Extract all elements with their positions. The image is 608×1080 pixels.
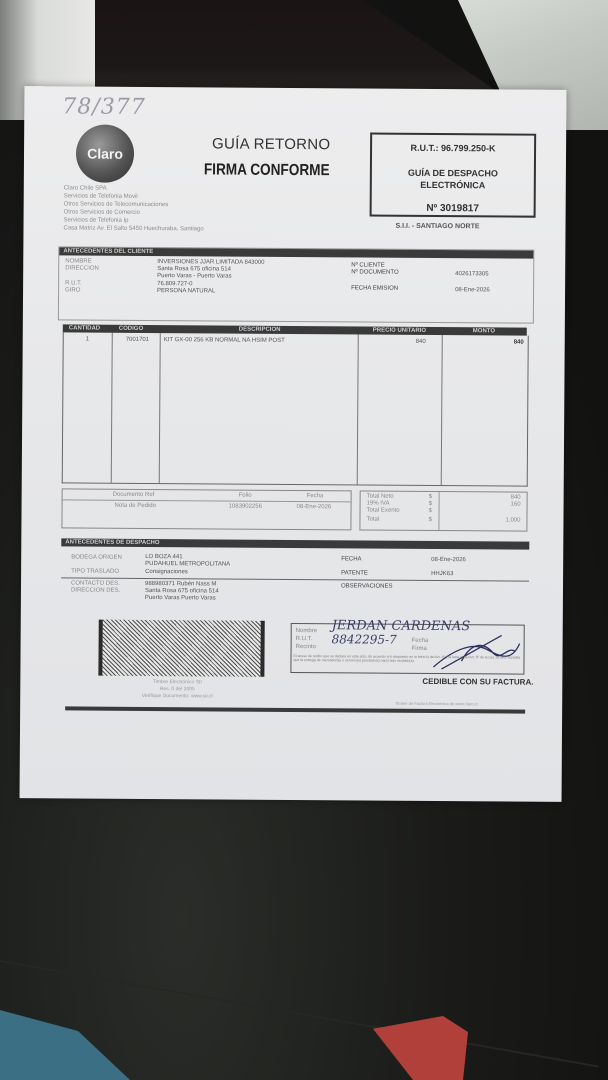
claro-logo-icon: Claro bbox=[76, 124, 134, 182]
total-row-total: Total $ 1.000 bbox=[361, 491, 527, 492]
reference-document-box: Documento Ref Folio Fecha Nota de Pedido… bbox=[61, 488, 351, 530]
dispatch-section: ANTECEDENTES DE DESPACHO BODEGA ORIGEN L… bbox=[61, 538, 529, 541]
doc-type: GUÍA DE DESPACHO ELECTRÓNICA bbox=[372, 167, 534, 192]
pdf417-barcode-icon bbox=[98, 620, 264, 677]
barcode-caption: Timbre Electrónico SII Res. 0 del 2005 V… bbox=[98, 679, 256, 701]
legal-text: El acuse de recibo que se declara en est… bbox=[293, 654, 521, 664]
origin-commune: PUDAHUEL METROPOLITANA bbox=[145, 561, 230, 568]
dispatch-guide-document: 78/377 Claro Claro Chile SPA Servicios d… bbox=[20, 86, 567, 802]
contact-name: 988980371 Rubén Nass M bbox=[145, 581, 216, 587]
company-rut: R.U.T.: 96.799.250-K bbox=[372, 143, 534, 154]
handwritten-receiver-rut: 8842295-7 bbox=[332, 632, 397, 646]
doc-title-line2: FIRMA CONFORME bbox=[204, 161, 330, 180]
issue-date: 08-Ene-2026 bbox=[455, 287, 490, 293]
cedible-label: CEDIBLE CON SU FACTURA. bbox=[422, 677, 533, 687]
footer-bar bbox=[65, 706, 525, 713]
origin-warehouse: LO BOZA 441 bbox=[145, 554, 182, 560]
company-info: Claro Chile SPA Servicios de Telefonia M… bbox=[63, 184, 204, 233]
dispatch-date: 08-Ene-2026 bbox=[431, 557, 466, 563]
doc-title-line1: GUÍA RETORNO bbox=[212, 135, 330, 153]
client-address-1: Santa Rosa 675 oficina 514 bbox=[157, 266, 231, 273]
vehicle-plate: HHJK63 bbox=[431, 571, 453, 577]
receipt-acknowledgement-box: Nombre R.U.T. Recinto Fecha Firma JERDAN… bbox=[290, 623, 524, 675]
dispatch-section-title: ANTECEDENTES DE DESPACHO bbox=[61, 538, 529, 549]
sii-office: S.I.I. - SANTIAGO NORTE bbox=[395, 223, 479, 231]
contact-address-2: Puerto Varas Puerto Varas bbox=[145, 595, 216, 601]
items-table: 1 7001701 KIT GX-00 256 KB NORMAL NA HSI… bbox=[62, 332, 529, 486]
document-number: 4026173305 bbox=[455, 271, 488, 277]
client-section: ANTECEDENTES DEL CLIENTE NOMBRE DIRECCIO… bbox=[58, 246, 535, 323]
rut-box: R.U.T.: 96.799.250-K GUÍA DE DESPACHO EL… bbox=[370, 133, 537, 218]
contact-address-1: Santa Rosa 675 oficina 514 bbox=[145, 588, 219, 595]
total-row-net: Total Neto $ 840 bbox=[361, 491, 527, 492]
totals-box: Total Neto $ 840 19% IVA $ 160 Total Exe… bbox=[359, 490, 527, 531]
client-rut: 76.809.727-0 bbox=[157, 281, 192, 287]
client-section-title: ANTECEDENTES DEL CLIENTE bbox=[59, 247, 533, 258]
client-address-2: Puerto Varas - Puerto Varas bbox=[157, 273, 232, 280]
doc-number: Nº 3019817 bbox=[372, 203, 534, 215]
total-row-exempt: Total Exento $ bbox=[361, 491, 527, 492]
total-row-iva: 19% IVA $ 160 bbox=[361, 491, 527, 492]
client-giro: PERSONA NATURAL bbox=[157, 288, 215, 294]
signature-scribble-icon bbox=[431, 631, 521, 672]
transfer-type: Consignaciones bbox=[145, 569, 188, 575]
client-name: INVERSIONES JJAR LIMITADA 843000 bbox=[157, 259, 264, 266]
footer-small-text: Timbre de Factura Electrónica de www.cla… bbox=[395, 701, 477, 707]
handwritten-note: 78/377 bbox=[62, 94, 146, 120]
